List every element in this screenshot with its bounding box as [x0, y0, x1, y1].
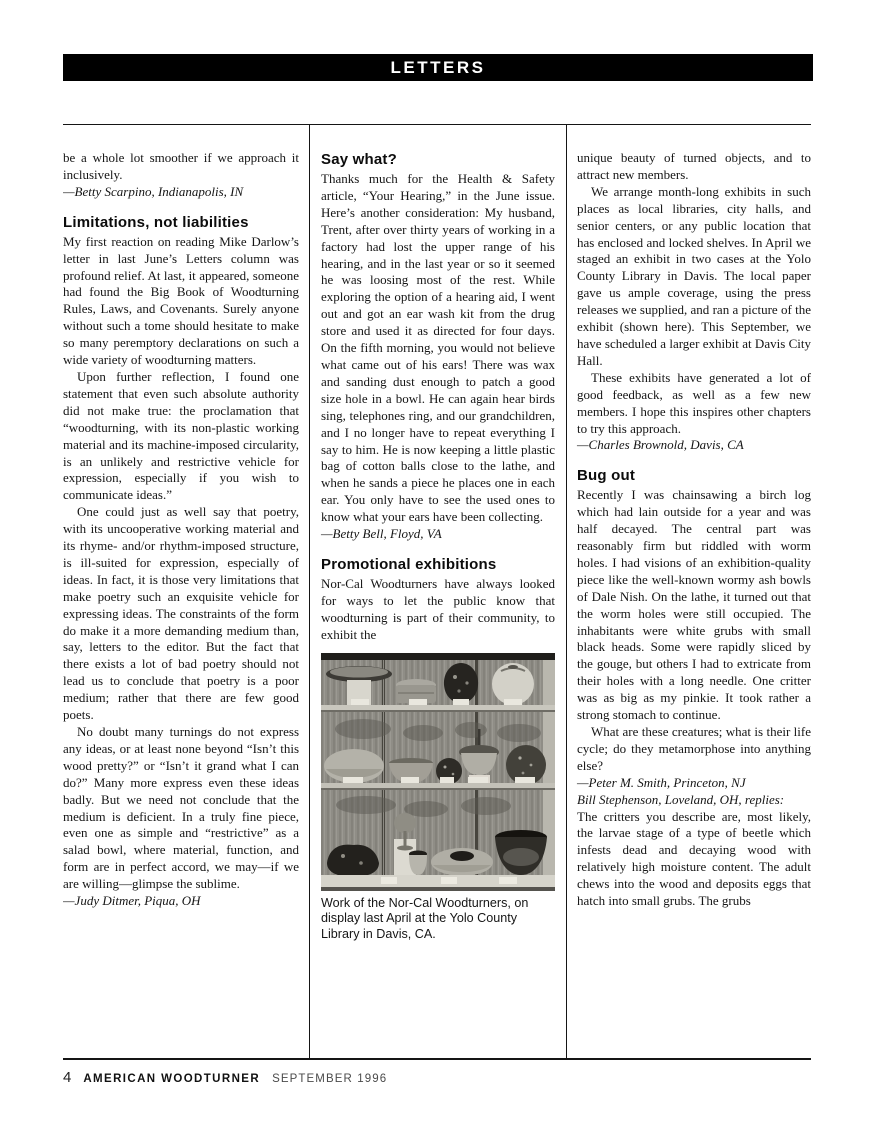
- letter-paragraph: Nor-Cal Woodturners have always looked f…: [321, 576, 555, 644]
- column-3: unique beauty of turned objects, and to …: [567, 125, 811, 1058]
- letter-paragraph: Thanks much for the Health & Safety arti…: [321, 171, 555, 526]
- section-header-bar: LETTERS: [63, 54, 813, 81]
- letter-paragraph: No doubt many turnings do not express an…: [63, 724, 299, 893]
- letter-paragraph-continuation: be a whole lot smoother if we approach i…: [63, 150, 299, 184]
- page-footer: 4 AMERICAN WOODTURNER SEPTEMBER 1996: [63, 1069, 813, 1086]
- letter-paragraph: Recently I was chainsawing a birch log w…: [577, 487, 811, 724]
- letters-column-area: be a whole lot smoother if we approach i…: [63, 124, 811, 1060]
- section-title: LETTERS: [391, 58, 486, 78]
- letter-paragraph: The critters you describe are, most like…: [577, 809, 811, 910]
- letter-heading-promotional-exhibitions: Promotional exhibitions: [321, 556, 555, 573]
- letter-paragraph: One could just as well say that poetry, …: [63, 504, 299, 724]
- letter-heading-bug-out: Bug out: [577, 467, 811, 484]
- reply-attribution: Bill Stephenson, Loveland, OH, replies:: [577, 792, 811, 809]
- letter-heading-say-what: Say what?: [321, 151, 555, 168]
- letter-paragraph: Upon further reflection, I found one sta…: [63, 369, 299, 504]
- magazine-name: AMERICAN WOODTURNER: [83, 1073, 260, 1085]
- signature-charles-brownold: —Charles Brownold, Davis, CA: [577, 437, 811, 454]
- letter-paragraph: What are these creatures; what is their …: [577, 724, 811, 775]
- column-2: Say what? Thanks much for the Health & S…: [309, 125, 567, 1058]
- signature-peter-smith: —Peter M. Smith, Princeton, NJ: [577, 775, 811, 792]
- letter-paragraph: These exhibits have generated a lot of g…: [577, 370, 811, 438]
- page-number: 4: [63, 1069, 71, 1086]
- issue-date: SEPTEMBER 1996: [272, 1073, 387, 1085]
- exhibit-photo: [321, 653, 555, 891]
- column-1: be a whole lot smoother if we approach i…: [63, 125, 309, 1058]
- signature-betty-scarpino: —Betty Scarpino, Indianapolis, IN: [63, 184, 299, 201]
- signature-judy-ditmer: —Judy Ditmer, Piqua, OH: [63, 893, 299, 910]
- letter-paragraph-continuation: unique beauty of turned objects, and to …: [577, 150, 811, 184]
- letter-heading-limitations: Limitations, not liabilities: [63, 214, 299, 231]
- photo-caption: Work of the Nor-Cal Woodturners, on disp…: [321, 896, 555, 943]
- signature-betty-bell: —Betty Bell, Floyd, VA: [321, 526, 555, 543]
- letter-paragraph: We arrange month-long exhibits in such p…: [577, 184, 811, 370]
- letter-paragraph: My first reaction on reading Mike Darlow…: [63, 234, 299, 369]
- magazine-page: LETTERS be a whole lot smoother if we ap…: [0, 0, 876, 1133]
- exhibit-photo-figure: Work of the Nor-Cal Woodturners, on disp…: [321, 653, 555, 943]
